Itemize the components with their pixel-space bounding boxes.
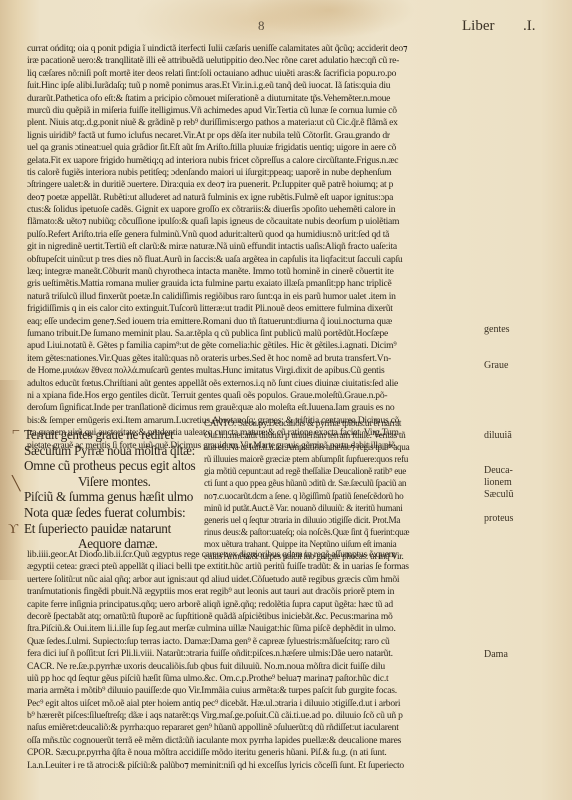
- verse-line: Et ſuperiecto pauidæ natarunt: [24, 521, 214, 537]
- margin-gloss: proteus: [484, 513, 513, 525]
- text-line: currat ońditq; oia q ponit pdigia ĩ uind…: [27, 43, 475, 55]
- text-line: Quæ ſedes.ſ.ulmi. Supiecto:ſup terras ia…: [27, 636, 475, 648]
- margin-gloss: Dama: [484, 649, 508, 661]
- text-line: oſſa mñs.tũc cognouerũt terrã eẽ mẽm dic…: [27, 735, 475, 747]
- text-line: deroſum ſignificat.Inde per tranſlationẽ…: [27, 402, 475, 414]
- text-line: ɔſtringere ualet:& in duritiẽ ɔuertere. …: [27, 179, 475, 191]
- text-line: murcũ diu quẽpiã in miſeria fuiſſe itell…: [27, 105, 475, 117]
- text-line: item gẽtes:nationes.Vir.Quas gẽtes italũ…: [27, 353, 475, 365]
- margin-gloss: Sæculũ: [484, 489, 513, 501]
- text-line: fera dici iuſ ñ poſſit:ut ſcri Pli.li.vi…: [27, 648, 475, 660]
- text-line: frigidiſſimis q in eis calor cito exting…: [27, 303, 475, 315]
- ode-verse-block: Terruit gentes graue ne rediretSæculum P…: [24, 427, 214, 552]
- text-line: plent. Niuis atq;.d.g.ponit niuẽ & grãdi…: [27, 117, 475, 129]
- text-line: tis calorẽ fugiẽs interiora nubis petitſ…: [27, 167, 475, 179]
- commentary-line: generis uel q ſeqtur ɔtraria in diluuio …: [204, 514, 478, 526]
- text-line: ſtra.Piſciũ.& Oui.item li.i.ille ſup ſeg…: [27, 623, 475, 635]
- text-line: I.a.n.Leuiter i re tã atroci:& piſciũ:& …: [27, 760, 475, 772]
- commentary-line: cti ſunt a quo ppea gẽus hũanũ ɔditũ dr.…: [204, 477, 478, 489]
- commentary-text-bottom: lib.iiii.geor.At Diodo.lib.ii.ſcr.Quũ æg…: [27, 549, 475, 772]
- text-line: læq; integræ maneãt.Cõburit manũ chyroth…: [27, 266, 475, 278]
- text-line: Pec⁹ egit altos uiſcet mõ.oẽ aial pter h…: [27, 698, 475, 710]
- text-line: durarũt.Pathetica ofo eſt:& ſtatim a pri…: [27, 93, 475, 105]
- commentary-line: gia mõtiũ cepunt:aut ad regẽ theſſaliæ D…: [204, 465, 478, 477]
- text-line: obſtupeſcit uinũ:ut p tres dies nõ fluat…: [27, 254, 475, 266]
- commentary-line: minũ id putãt.Auct.ẽ Var. nouanõ diluuiũ…: [204, 502, 478, 514]
- text-line: apud Liui.notatũ ẽ. Gẽtes p familia capi…: [27, 340, 475, 352]
- text-line: iræ pacationẽ uero:& tranqllitatẽ illi e…: [27, 55, 475, 67]
- text-line: ſuit.Hinc ipſe alibi.Iurãdaſq; tuũ p nom…: [27, 80, 475, 92]
- verse-line: Viſere montes.: [24, 474, 214, 490]
- text-line: adultos educũt fœtus.Chriſtiani aũt gent…: [27, 378, 475, 390]
- margin-gloss: diluuiã: [484, 430, 512, 442]
- text-line: lib.iiii.geor.At Diodo.lib.ii.ſcr.Quũ æg…: [27, 549, 475, 561]
- margin-gloss: Deuca-: [484, 465, 513, 477]
- text-line: liq cæſares nõ:niſi poſt mortẽ iter deos…: [27, 68, 475, 80]
- text-line: naſus emiẽret:deucaliõ:& pyrrha:quo repa…: [27, 722, 475, 734]
- verse-line: Sæculum Pyrræ noua mõſtra q̃ſtæ:: [24, 443, 214, 459]
- verse-line: Nota quæ ſedes fuerat columbis:: [24, 505, 214, 521]
- text-line: gelata.Fit ex uapore frigido humẽtiq;q a…: [27, 155, 475, 167]
- text-line: decorẽ ſpectabãt atq; ornatũ:tũ ſtuporẽ …: [27, 611, 475, 623]
- text-line: deo⁊ poetæ appellãt. Rubẽti:ut alluderet…: [27, 192, 475, 204]
- text-line: maria armẽta i mõtib⁹ diluuio pauiſſe:de…: [27, 685, 475, 697]
- verse-commentary-column: CANTO. Sæcu.py.Deucaliõis & pyrrhæ tpibu…: [204, 417, 478, 562]
- text-line: uel qa granis ɔtineat:uel quia grãdior ſ…: [27, 142, 475, 154]
- text-line: ægyptii cetea: græci pteũ appellãt q ili…: [27, 561, 475, 573]
- commentary-line: no⁊.c.uocarũt.dcm a ſene. q lõgiſſimũ ſp…: [204, 490, 478, 502]
- folio-number: 8: [258, 18, 265, 34]
- commentary-line: alia eſt.Nã ut Iuſt.li.ii.ſcr.Amphitiõis…: [204, 441, 478, 453]
- margin-gloss: Graue: [484, 360, 508, 372]
- text-line: git in nigredinẽ uertit.Tertiũ eſt clarũ…: [27, 241, 475, 253]
- text-line: flãmato:& uẽto⁊ nubiũq; cõcuſſione ipulſ…: [27, 216, 475, 228]
- verse-line: Piſciũ & ſumma genus hæſit ulmo: [24, 489, 214, 505]
- verse-line: Omne cũ protheus pecus egit altos: [24, 458, 214, 474]
- text-line: capite ferre inſignia principatus.qñq; u…: [27, 599, 475, 611]
- text-line: pulſo.Refert Ariſto.tria eſſe genera ful…: [27, 229, 475, 241]
- commentary-line: Oui.li.i.met.aiũt diluuiũ p uniuerſam te…: [204, 429, 478, 441]
- text-line: lignis uiridib⁹ factã ut fumo iclufus ne…: [27, 130, 475, 142]
- text-line: CPOR. Sæcu.pr.pyrrha q̃ſta ẽ noua mõſtra…: [27, 747, 475, 759]
- marginal-bracket-mark: ⌐: [12, 424, 20, 440]
- running-title: Liber: [462, 18, 494, 35]
- commentary-line: rinus deus:& paſtor:uateſq; oia noſcẽs.Q…: [204, 526, 478, 538]
- text-line: uertere ſolitũ:ut nũc aial qñq; arbor au…: [27, 574, 475, 586]
- text-line: tranſmutationis fingẽdi pbuit.Nã ægyptii…: [27, 586, 475, 598]
- marginal-pen-mark: ϒ: [8, 522, 18, 538]
- commentary-line: CANTO. Sæcu.py.Deucaliõis & pyrrhæ tpibu…: [204, 417, 478, 429]
- commentary-line: rũ illuuies maiorẽ græciæ ptem abſumpſit…: [204, 453, 478, 465]
- book-page: ⌐ ╲ ϒ 8 Liber .I. currat ońditq; oia q p…: [0, 0, 572, 800]
- text-line: ſumano tribuit.De ſumano meminit plau. S…: [27, 328, 475, 340]
- text-line: ctus:& ſolidus ipetuoſe cadẽs. Gignit ex…: [27, 204, 475, 216]
- book-number: .I.: [523, 18, 536, 35]
- marginal-pen-mark: ╲: [12, 476, 20, 493]
- margin-gloss: gentes: [484, 324, 510, 336]
- text-line: b⁹ hærerẽt piſces:ſilueſtreſq; dãæ i aqs…: [27, 710, 475, 722]
- text-line: ni a xpiana fide.Hos ergo gentiles dicũt…: [27, 390, 475, 402]
- text-line: de Home.μυιάων ἔθνεα πολλά.muſcarũ gente…: [27, 365, 475, 377]
- running-header: 8 Liber .I.: [0, 18, 572, 38]
- text-line: naturã triſulcũ illud finxerũt poetæ.In …: [27, 291, 475, 303]
- text-line: uiũ pp hoc qd ſeqtur gẽus piſciũ hæſit ſ…: [27, 673, 475, 685]
- text-line: gris ueſtimẽtis.Mattia romana mulier gra…: [27, 278, 475, 290]
- text-line: eaq; eſſe undecim gene⁊.Sed iouem tria e…: [27, 316, 475, 328]
- verse-line: Terruit gentes graue ne rediret: [24, 427, 214, 443]
- margin-gloss: lionem: [484, 477, 512, 489]
- text-line: CACR. Ne re.ſæ.p.pyrrhæ uxoris deucaliõi…: [27, 661, 475, 673]
- commentary-text-top: currat ońditq; oia q ponit pdigia ĩ uind…: [27, 43, 475, 452]
